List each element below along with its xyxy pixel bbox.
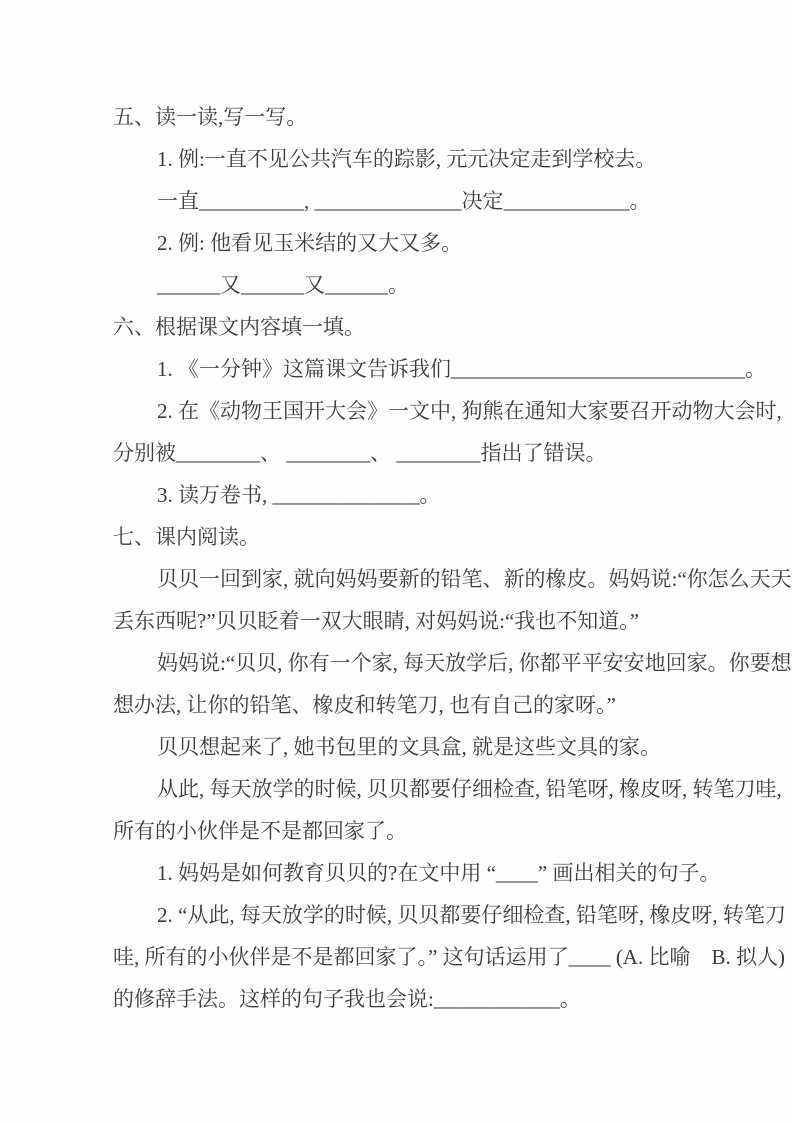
text-line: 哇, 所有的小伙伴是不是都回家了。” 这句话运用了____ (A. 比喻 B. … [113, 936, 775, 978]
text-line: 贝贝一回到家, 就向妈妈要新的铅笔、新的橡皮。妈妈说:“你怎么天天 [113, 558, 775, 600]
text-line: 1. 《一分钟》这篇课文告诉我们________________________… [113, 348, 775, 390]
worksheet-page: 五、读一读,写一写。1. 例:一直不见公共汽车的踪影, 元元决定走到学校去。一直… [0, 0, 793, 1122]
text-line: ______又______又______。 [113, 264, 775, 306]
text-line: 五、读一读,写一写。 [113, 96, 775, 138]
text-line: 六、根据课文内容填一填。 [113, 306, 775, 348]
text-line: 2. 在《动物王国开大会》一文中, 狗熊在通知大家要召开动物大会时, [113, 390, 775, 432]
text-line: 妈妈说:“贝贝, 你有一个家, 每天放学后, 你都平平安安地回家。你要想 [113, 642, 775, 684]
text-line: 1. 妈妈是如何教育贝贝的?在文中用 “____” 画出相关的句子。 [113, 852, 775, 894]
worksheet-text-body: 五、读一读,写一写。1. 例:一直不见公共汽车的踪影, 元元决定走到学校去。一直… [113, 96, 775, 1020]
text-line: 七、课内阅读。 [113, 516, 775, 558]
text-line: 丢东西呢?”贝贝眨着一双大眼睛, 对妈妈说:“我也不知道。” [113, 600, 775, 642]
text-line: 2. 例: 他看见玉米结的又大又多。 [113, 222, 775, 264]
text-line: 一直__________, ______________决定__________… [113, 180, 775, 222]
text-line: 2. “从此, 每天放学的时候, 贝贝都要仔细检查, 铅笔呀, 橡皮呀, 转笔刀 [113, 894, 775, 936]
text-line: 想办法, 让你的铅笔、橡皮和转笔刀, 也有自己的家呀。” [113, 684, 775, 726]
text-line: 所有的小伙伴是不是都回家了。 [113, 810, 775, 852]
text-line: 贝贝想起来了, 她书包里的文具盒, 就是这些文具的家。 [113, 726, 775, 768]
text-line: 分别被________、 ________、 ________指出了错误。 [113, 432, 775, 474]
text-line: 的修辞手法。这样的句子我也会说:____________。 [113, 978, 775, 1020]
text-line: 1. 例:一直不见公共汽车的踪影, 元元决定走到学校去。 [113, 138, 775, 180]
text-line: 3. 读万卷书, ______________。 [113, 474, 775, 516]
text-line: 从此, 每天放学的时候, 贝贝都要仔细检查, 铅笔呀, 橡皮呀, 转笔刀哇, [113, 768, 775, 810]
